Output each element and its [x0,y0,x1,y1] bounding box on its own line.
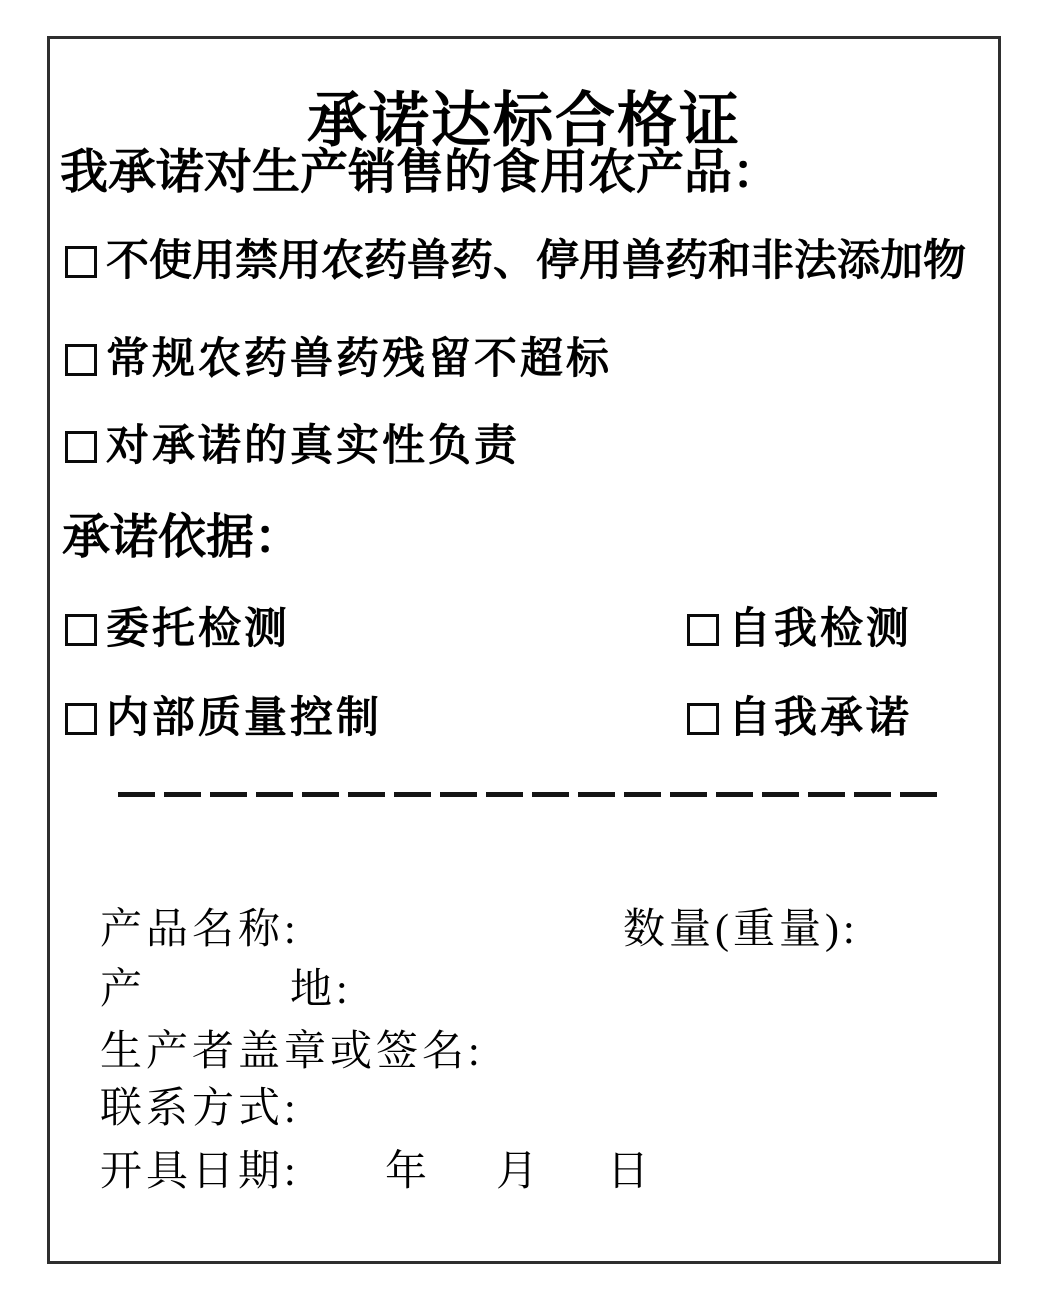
commitment-item-label: 不使用禁用农药兽药、停用兽药和非法添加物 [106,237,966,286]
commitment-item-row: 对承诺的真实性负责 [65,422,520,471]
checkbox-residue-within-limits[interactable] [65,344,97,376]
checkbox-self-testing[interactable] [687,614,719,646]
basis-option-label: 自我承诺 [728,694,912,743]
certificate-border-frame: 承诺达标合格证 我承诺对生产销售的食用农产品： 不使用禁用农药兽药、停用兽药和非… [47,36,1001,1264]
issue-date-label: 开具日期: [100,1147,300,1197]
checkbox-responsible-for-truthfulness[interactable] [65,431,97,463]
checkbox-entrusted-testing[interactable] [65,614,97,646]
producer-signature-row: 生产者盖章或签名: [50,1027,998,1081]
contact-label: 联系方式: [100,1084,300,1134]
basis-option-label: 内部质量控制 [106,694,382,743]
commitment-heading: 我承诺对生产销售的食用农产品： [60,147,780,200]
basis-option-row: 委托检测 [65,605,290,654]
origin-row: 产 地: [50,965,998,1019]
issue-date-row: 开具日期: 年 月 日 [50,1147,998,1201]
producer-signature-label: 生产者盖章或签名: [100,1027,484,1077]
commitment-item-label: 常规农药兽药残留不超标 [106,335,612,384]
quantity-label: 数量(重量): [623,905,859,955]
contact-row: 联系方式: [50,1084,998,1138]
date-year-label: 年 [385,1147,431,1197]
basis-option-row: 自我检测 [687,605,912,654]
product-name-row: 产品名称: 数量(重量): [50,905,998,959]
commitment-item-row: 常规农药兽药残留不超标 [65,335,612,384]
checkbox-no-banned-substances[interactable] [65,246,97,278]
product-name-label: 产品名称: [100,905,300,955]
origin-label-rest: 地: [290,965,352,1015]
basis-heading: 承诺依据： [62,512,302,565]
basis-option-row: 内部质量控制 [65,694,382,743]
certificate-page: 承诺达标合格证 我承诺对生产销售的食用农产品： 不使用禁用农药兽药、停用兽药和非… [0,0,1058,1307]
date-day-label: 日 [607,1147,653,1197]
basis-option-label: 委托检测 [106,605,290,654]
basis-option-row: 自我承诺 [687,694,912,743]
fill-in-blank-line [118,792,938,797]
checkbox-internal-quality-control[interactable] [65,703,97,735]
origin-label-first: 产 [100,965,146,1015]
commitment-item-row: 不使用禁用农药兽药、停用兽药和非法添加物 [65,237,966,286]
commitment-item-label: 对承诺的真实性负责 [106,422,520,471]
certificate-title: 承诺达标合格证 [50,89,998,152]
basis-option-label: 自我检测 [728,605,912,654]
date-month-label: 月 [496,1147,542,1197]
checkbox-self-commitment[interactable] [687,703,719,735]
